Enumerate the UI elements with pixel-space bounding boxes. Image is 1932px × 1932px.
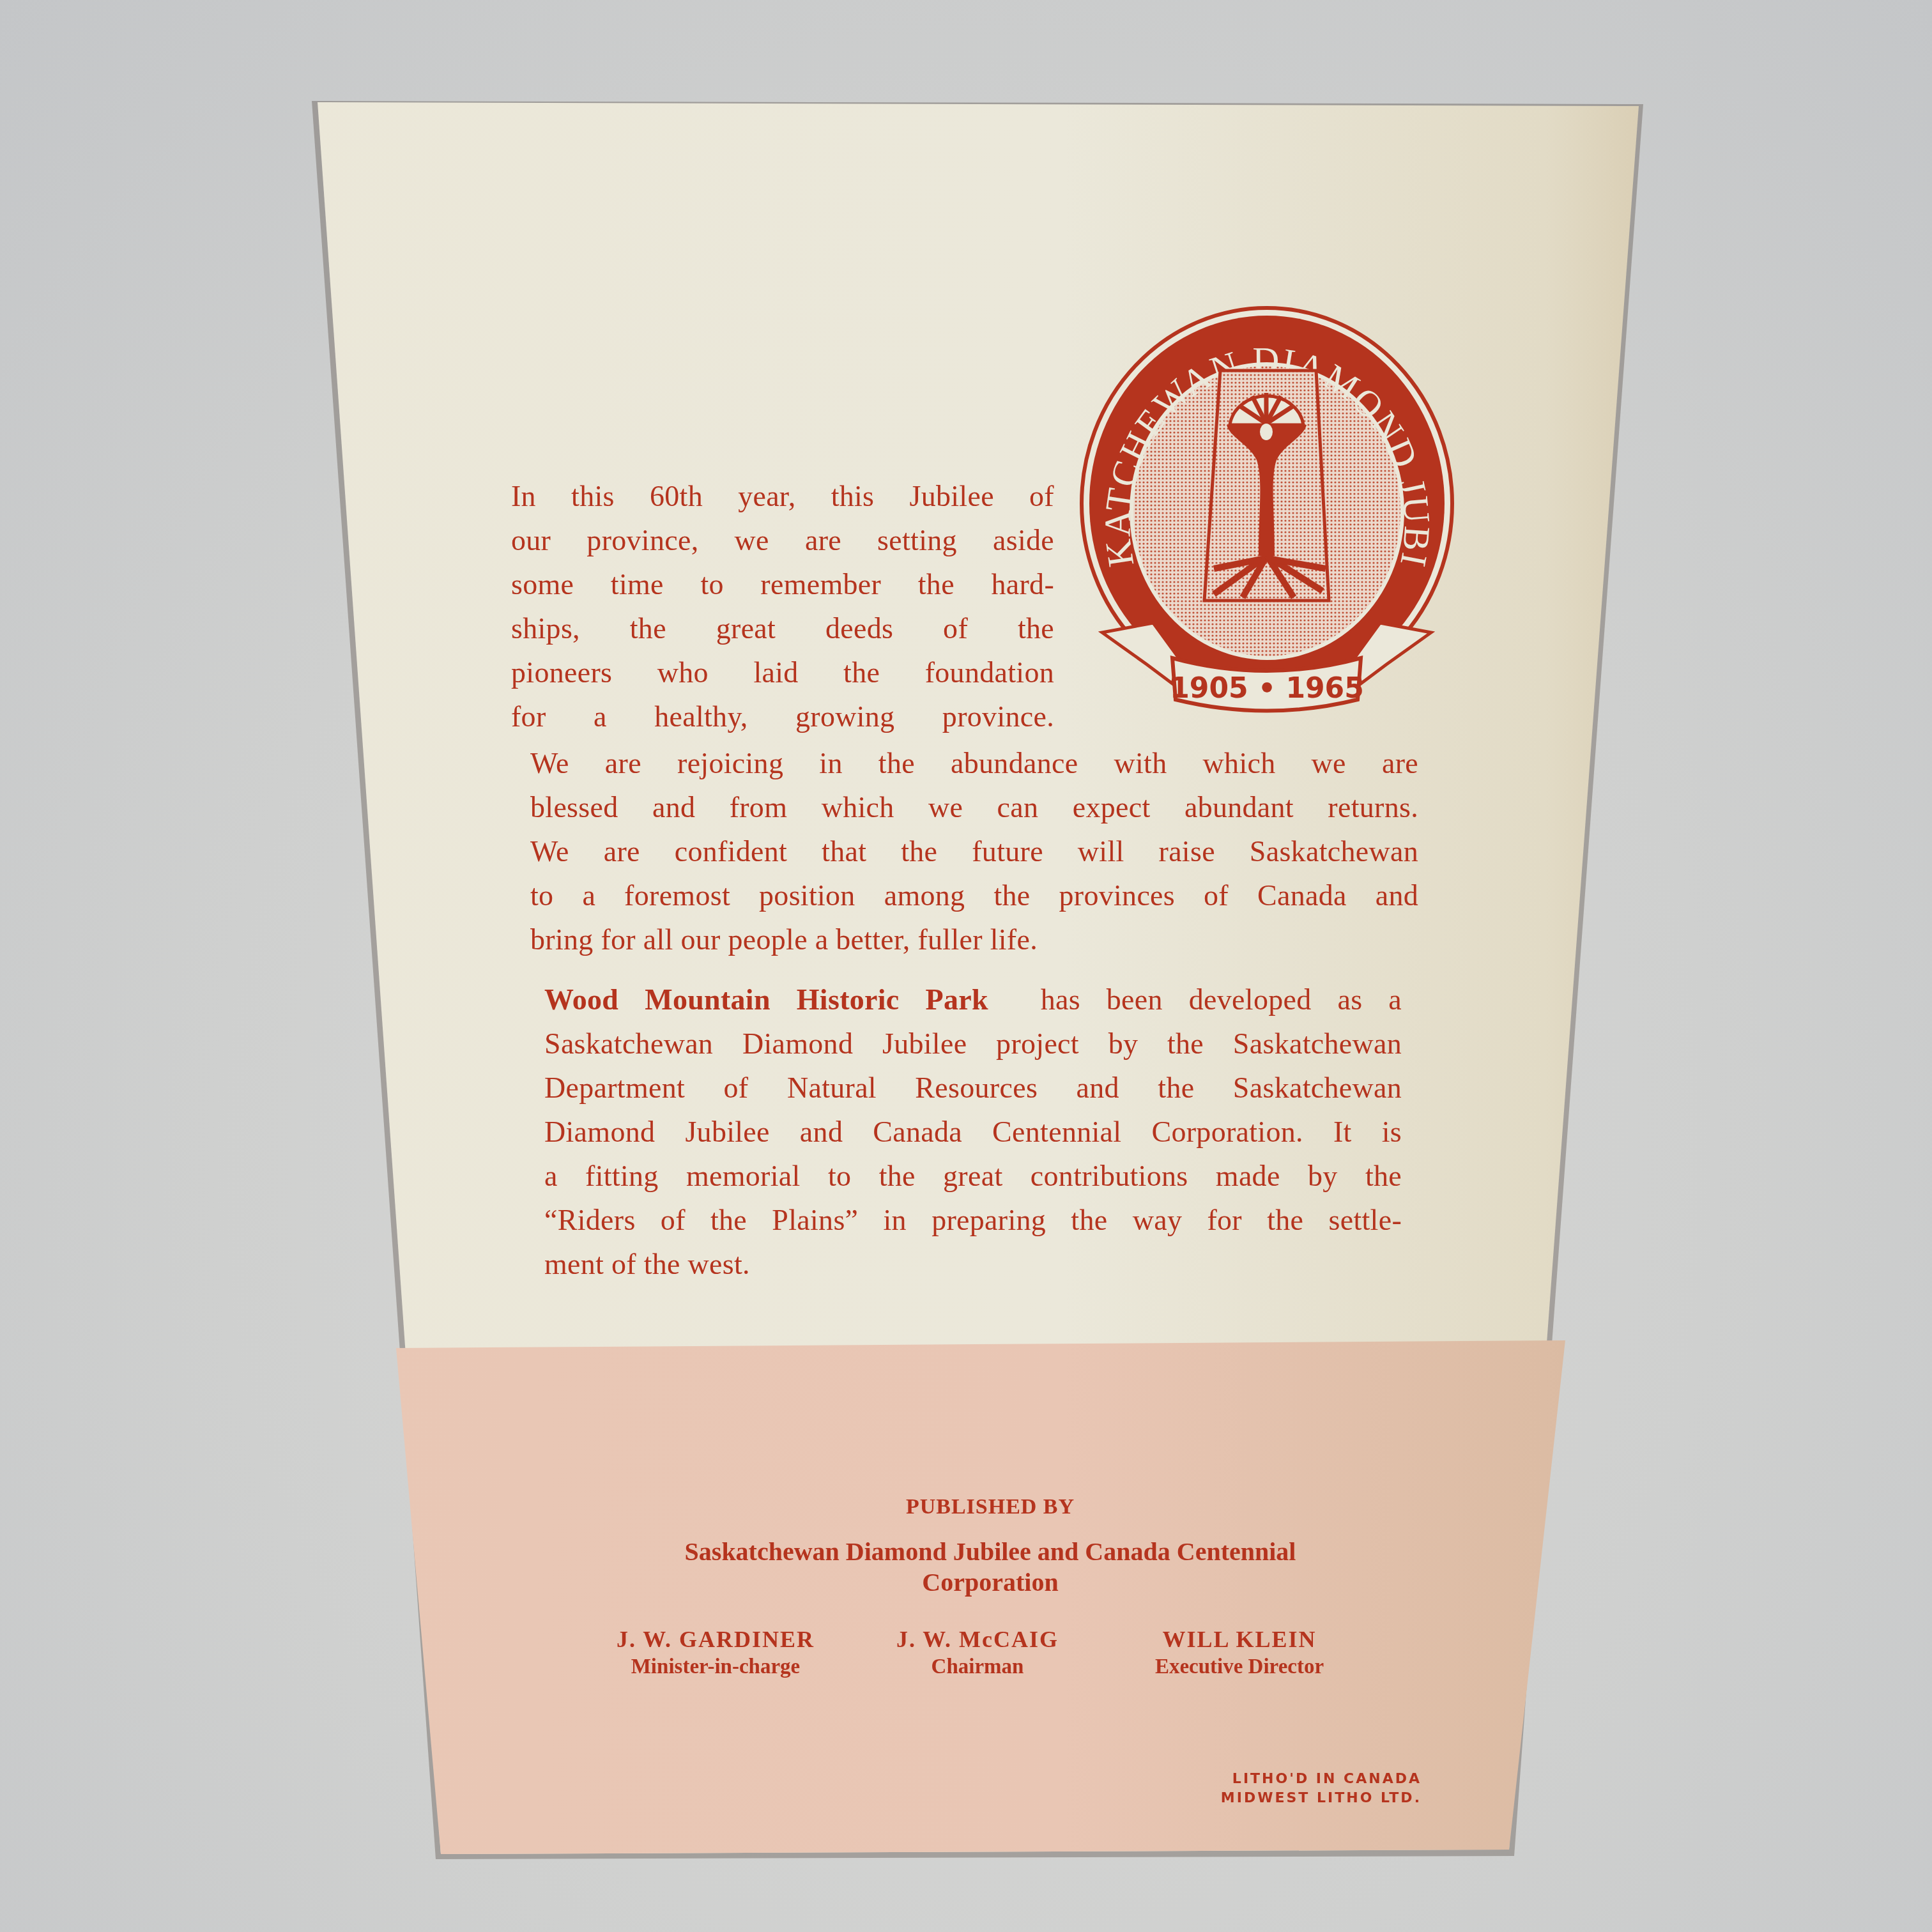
printer-line: MIDWEST LITHO LTD.	[1201, 1789, 1422, 1808]
text-line: our province, we are setting aside	[511, 518, 1054, 562]
officer-entry: WILL KLEIN Executive Director	[1118, 1626, 1361, 1679]
text-line: blessed and from which we can expect abu…	[530, 785, 1418, 829]
text-line: to a foremost position among the provinc…	[530, 873, 1418, 917]
publisher-org-line: Corporation	[922, 1568, 1058, 1597]
officers-list: J. W. GARDINER Minister-in-charge J. W. …	[594, 1626, 1361, 1679]
printer-imprint: LITHO'D IN CANADA MIDWEST LITHO LTD.	[1201, 1770, 1422, 1808]
text-fragment: has been developed as a	[1041, 983, 1402, 1016]
intro-paragraph: In this 60th year, this Jubilee of our p…	[511, 474, 1054, 739]
officer-entry: J. W. McCAIG Chairman	[856, 1626, 1099, 1679]
officer-title: Executive Director	[1118, 1655, 1361, 1679]
text-line: We are rejoicing in the abundance with w…	[530, 741, 1418, 785]
text-line: bring for all our people a better, fulle…	[530, 917, 1418, 962]
park-paragraph: Wood Mountain Historic Park has been dev…	[544, 977, 1402, 1286]
text-line: for a healthy, growing province.	[511, 694, 1054, 739]
park-name: Wood Mountain Historic Park	[544, 983, 988, 1016]
text-line: some time to remember the hard-	[511, 562, 1054, 606]
text-line: Saskatchewan Diamond Jubilee project by …	[544, 1022, 1402, 1066]
officer-entry: J. W. GARDINER Minister-in-charge	[594, 1626, 837, 1679]
text-line: ships, the great deeds of the	[511, 606, 1054, 650]
text-line: “Riders of the Plains” in preparing the …	[544, 1198, 1402, 1242]
officer-title: Minister-in-charge	[594, 1655, 837, 1679]
text-line: In this 60th year, this Jubilee of	[511, 474, 1054, 518]
officer-title: Chairman	[856, 1655, 1099, 1679]
text-line: Wood Mountain Historic Park has been dev…	[544, 977, 1402, 1022]
text-line: Diamond Jubilee and Canada Centennial Co…	[544, 1110, 1402, 1154]
diamond-jubilee-seal: SASKATCHEWAN DIAMOND JUBILEE 1905 • 1965	[1077, 300, 1457, 728]
text-line: pioneers who laid the foundation	[511, 650, 1054, 694]
printer-line: LITHO'D IN CANADA	[1201, 1770, 1422, 1789]
published-by-label: PUBLISHED BY	[562, 1495, 1418, 1519]
publisher-org-line: Saskatchewan Diamond Jubilee and Canada …	[685, 1537, 1296, 1566]
text-line: ment of the west.	[544, 1242, 1402, 1286]
text-line: We are confident that the future will ra…	[530, 829, 1418, 873]
officer-name: J. W. McCAIG	[856, 1626, 1099, 1653]
officer-name: J. W. GARDINER	[594, 1626, 837, 1653]
second-paragraph: We are rejoicing in the abundance with w…	[530, 741, 1418, 962]
publisher-organization: Saskatchewan Diamond Jubilee and Canada …	[562, 1537, 1418, 1598]
text-line: a fitting memorial to the great contribu…	[544, 1154, 1402, 1198]
text-line: Department of Natural Resources and the …	[544, 1066, 1402, 1110]
seal-years-text: 1905 • 1965	[1170, 672, 1364, 705]
officer-name: WILL KLEIN	[1118, 1626, 1361, 1653]
